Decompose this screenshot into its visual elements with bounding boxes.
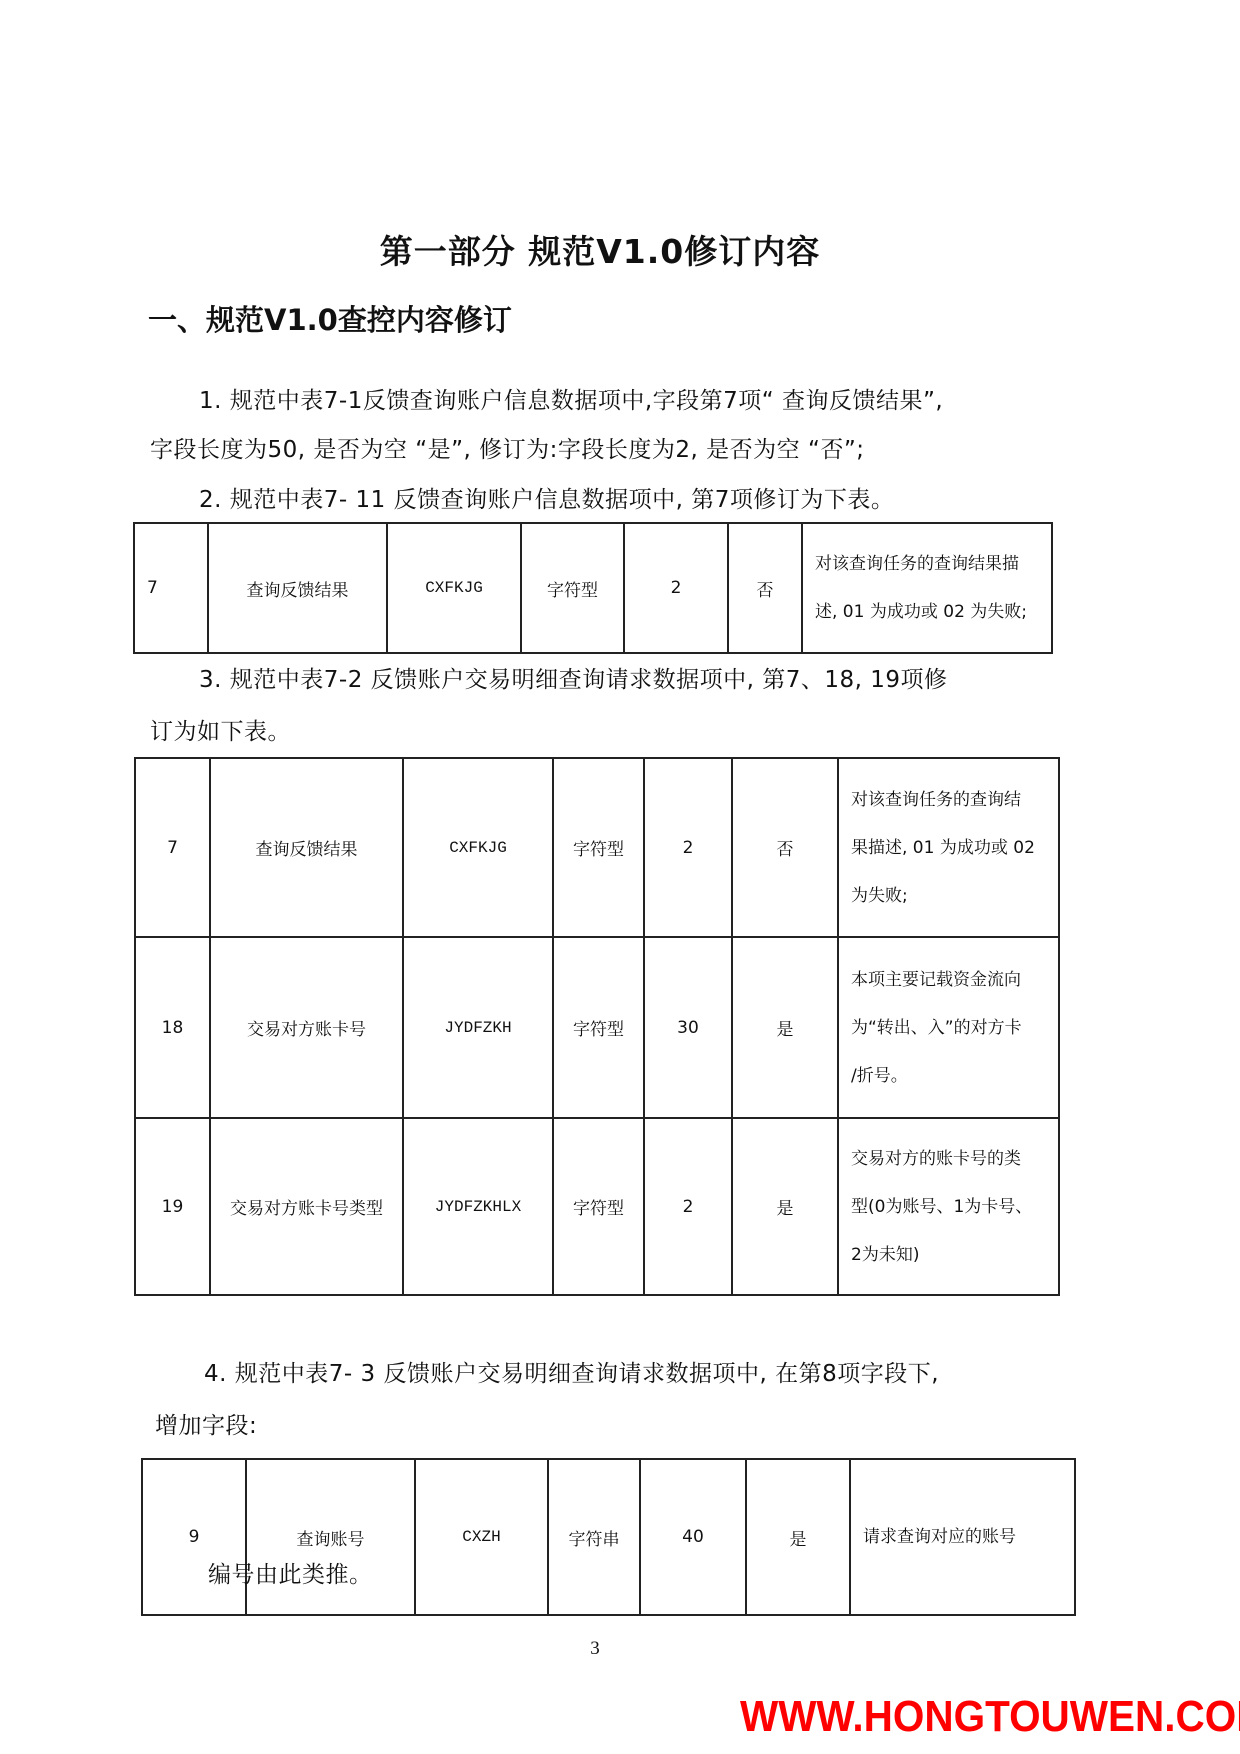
desc-line: /折号。: [851, 1052, 1052, 1100]
section-heading: 一、规范V1.0查控内容修订: [148, 298, 512, 339]
cell-length: 2: [624, 523, 728, 653]
table-row: 18 交易对方账卡号 JYDFZKH 字符型 30 是 本项主要记载资金流向 为…: [135, 937, 1059, 1118]
desc-line: 对该查询任务的查询结果描: [815, 540, 1045, 588]
desc-line: 交易对方的账卡号的类: [851, 1135, 1052, 1183]
table-7-11: 7 查询反馈结果 CXFKJG 字符型 2 否 对该查询任务的查询结果描 述, …: [133, 522, 1053, 654]
item-3-line-2: 订为如下表。: [150, 713, 291, 746]
item-1-line-2: 字段长度为50, 是否为空 “是”, 修订为:字段长度为2, 是否为空 “否”;: [150, 431, 865, 464]
cell-nullable: 否: [732, 758, 838, 937]
cell-nullable: 是: [732, 937, 838, 1118]
cell-name: 查询反馈结果: [210, 758, 403, 937]
cell-description: 对该查询任务的查询结 果描述, 01 为成功或 02 为失败;: [838, 758, 1059, 937]
item-3-line-1: 3. 规范中表7-2 反馈账户交易明细查询请求数据项中, 第7、18, 19项修: [199, 661, 948, 694]
closing-note: 编号由此类推。: [208, 1556, 373, 1589]
table-row: 9 查询账号 CXZH 字符串 40 是 请求查询对应的账号: [142, 1459, 1075, 1615]
cell-length: 2: [644, 758, 732, 937]
cell-type: 字符型: [521, 523, 624, 653]
cell-length: 30: [644, 937, 732, 1118]
page-number: 3: [0, 1638, 1190, 1660]
desc-line: 2为未知): [851, 1231, 1052, 1279]
cell-type: 字符型: [553, 937, 644, 1118]
item-1-line-1: 1. 规范中表7-1反馈查询账户信息数据项中,字段第7项“ 查询反馈结果”,: [199, 382, 943, 415]
cell-no: 19: [135, 1118, 210, 1295]
cell-description: 交易对方的账卡号的类 型(0为账号、1为卡号、 2为未知): [838, 1118, 1059, 1295]
cell-length: 40: [640, 1459, 746, 1615]
item-4-line-1: 4. 规范中表7- 3 反馈账户交易明细查询请求数据项中, 在第8项字段下,: [204, 1355, 939, 1388]
table-row: 19 交易对方账卡号类型 JYDFZKHLX 字符型 2 是 交易对方的账卡号的…: [135, 1118, 1059, 1295]
item-4-line-2: 增加字段:: [155, 1407, 257, 1440]
cell-name: 查询反馈结果: [208, 523, 387, 653]
table-row: 7 查询反馈结果 CXFKJG 字符型 2 否 对该查询任务的查询结果描 述, …: [134, 523, 1052, 653]
desc-line: 果描述, 01 为成功或 02: [851, 824, 1052, 872]
cell-no: 18: [135, 937, 210, 1118]
cell-no: 7: [135, 758, 210, 937]
cell-length: 2: [644, 1118, 732, 1295]
cell-nullable: 是: [732, 1118, 838, 1295]
desc-line: 对该查询任务的查询结: [851, 776, 1052, 824]
desc-line: 为失败;: [851, 872, 1052, 920]
cell-code: CXZH: [415, 1459, 548, 1615]
cell-code: CXFKJG: [403, 758, 553, 937]
cell-no: 9: [142, 1459, 246, 1615]
item-2-line-1: 2. 规范中表7- 11 反馈查询账户信息数据项中, 第7项修订为下表。: [199, 481, 894, 514]
cell-code: JYDFZKHLX: [403, 1118, 553, 1295]
table-7-2: 7 查询反馈结果 CXFKJG 字符型 2 否 对该查询任务的查询结 果描述, …: [134, 757, 1060, 1296]
document-title: 第一部分 规范V1.0修订内容: [0, 226, 1200, 273]
cell-description: 本项主要记载资金流向 为“转出、入”的对方卡 /折号。: [838, 937, 1059, 1118]
cell-type: 字符型: [553, 1118, 644, 1295]
desc-line: 请求查询对应的账号: [863, 1513, 1068, 1561]
cell-description: 对该查询任务的查询结果描 述, 01 为成功或 02 为失败;: [802, 523, 1052, 653]
cell-code: JYDFZKH: [403, 937, 553, 1118]
cell-name: 查询账号: [246, 1459, 415, 1615]
cell-description: 请求查询对应的账号: [850, 1459, 1075, 1615]
cell-name: 交易对方账卡号类型: [210, 1118, 403, 1295]
watermark-text: WWW.HONGTOUWEN.COM: [740, 1692, 1240, 1742]
desc-line: 型(0为账号、1为卡号、: [851, 1183, 1052, 1231]
cell-name: 交易对方账卡号: [210, 937, 403, 1118]
desc-line: 为“转出、入”的对方卡: [851, 1004, 1052, 1052]
cell-no: 7: [134, 523, 208, 653]
table-row: 7 查询反馈结果 CXFKJG 字符型 2 否 对该查询任务的查询结 果描述, …: [135, 758, 1059, 937]
cell-nullable: 否: [728, 523, 802, 653]
cell-code: CXFKJG: [387, 523, 521, 653]
desc-line: 本项主要记载资金流向: [851, 956, 1052, 1004]
cell-nullable: 是: [746, 1459, 850, 1615]
table-7-3: 9 查询账号 CXZH 字符串 40 是 请求查询对应的账号: [141, 1458, 1076, 1616]
cell-type: 字符串: [548, 1459, 640, 1615]
desc-line: 述, 01 为成功或 02 为失败;: [815, 588, 1045, 636]
cell-type: 字符型: [553, 758, 644, 937]
